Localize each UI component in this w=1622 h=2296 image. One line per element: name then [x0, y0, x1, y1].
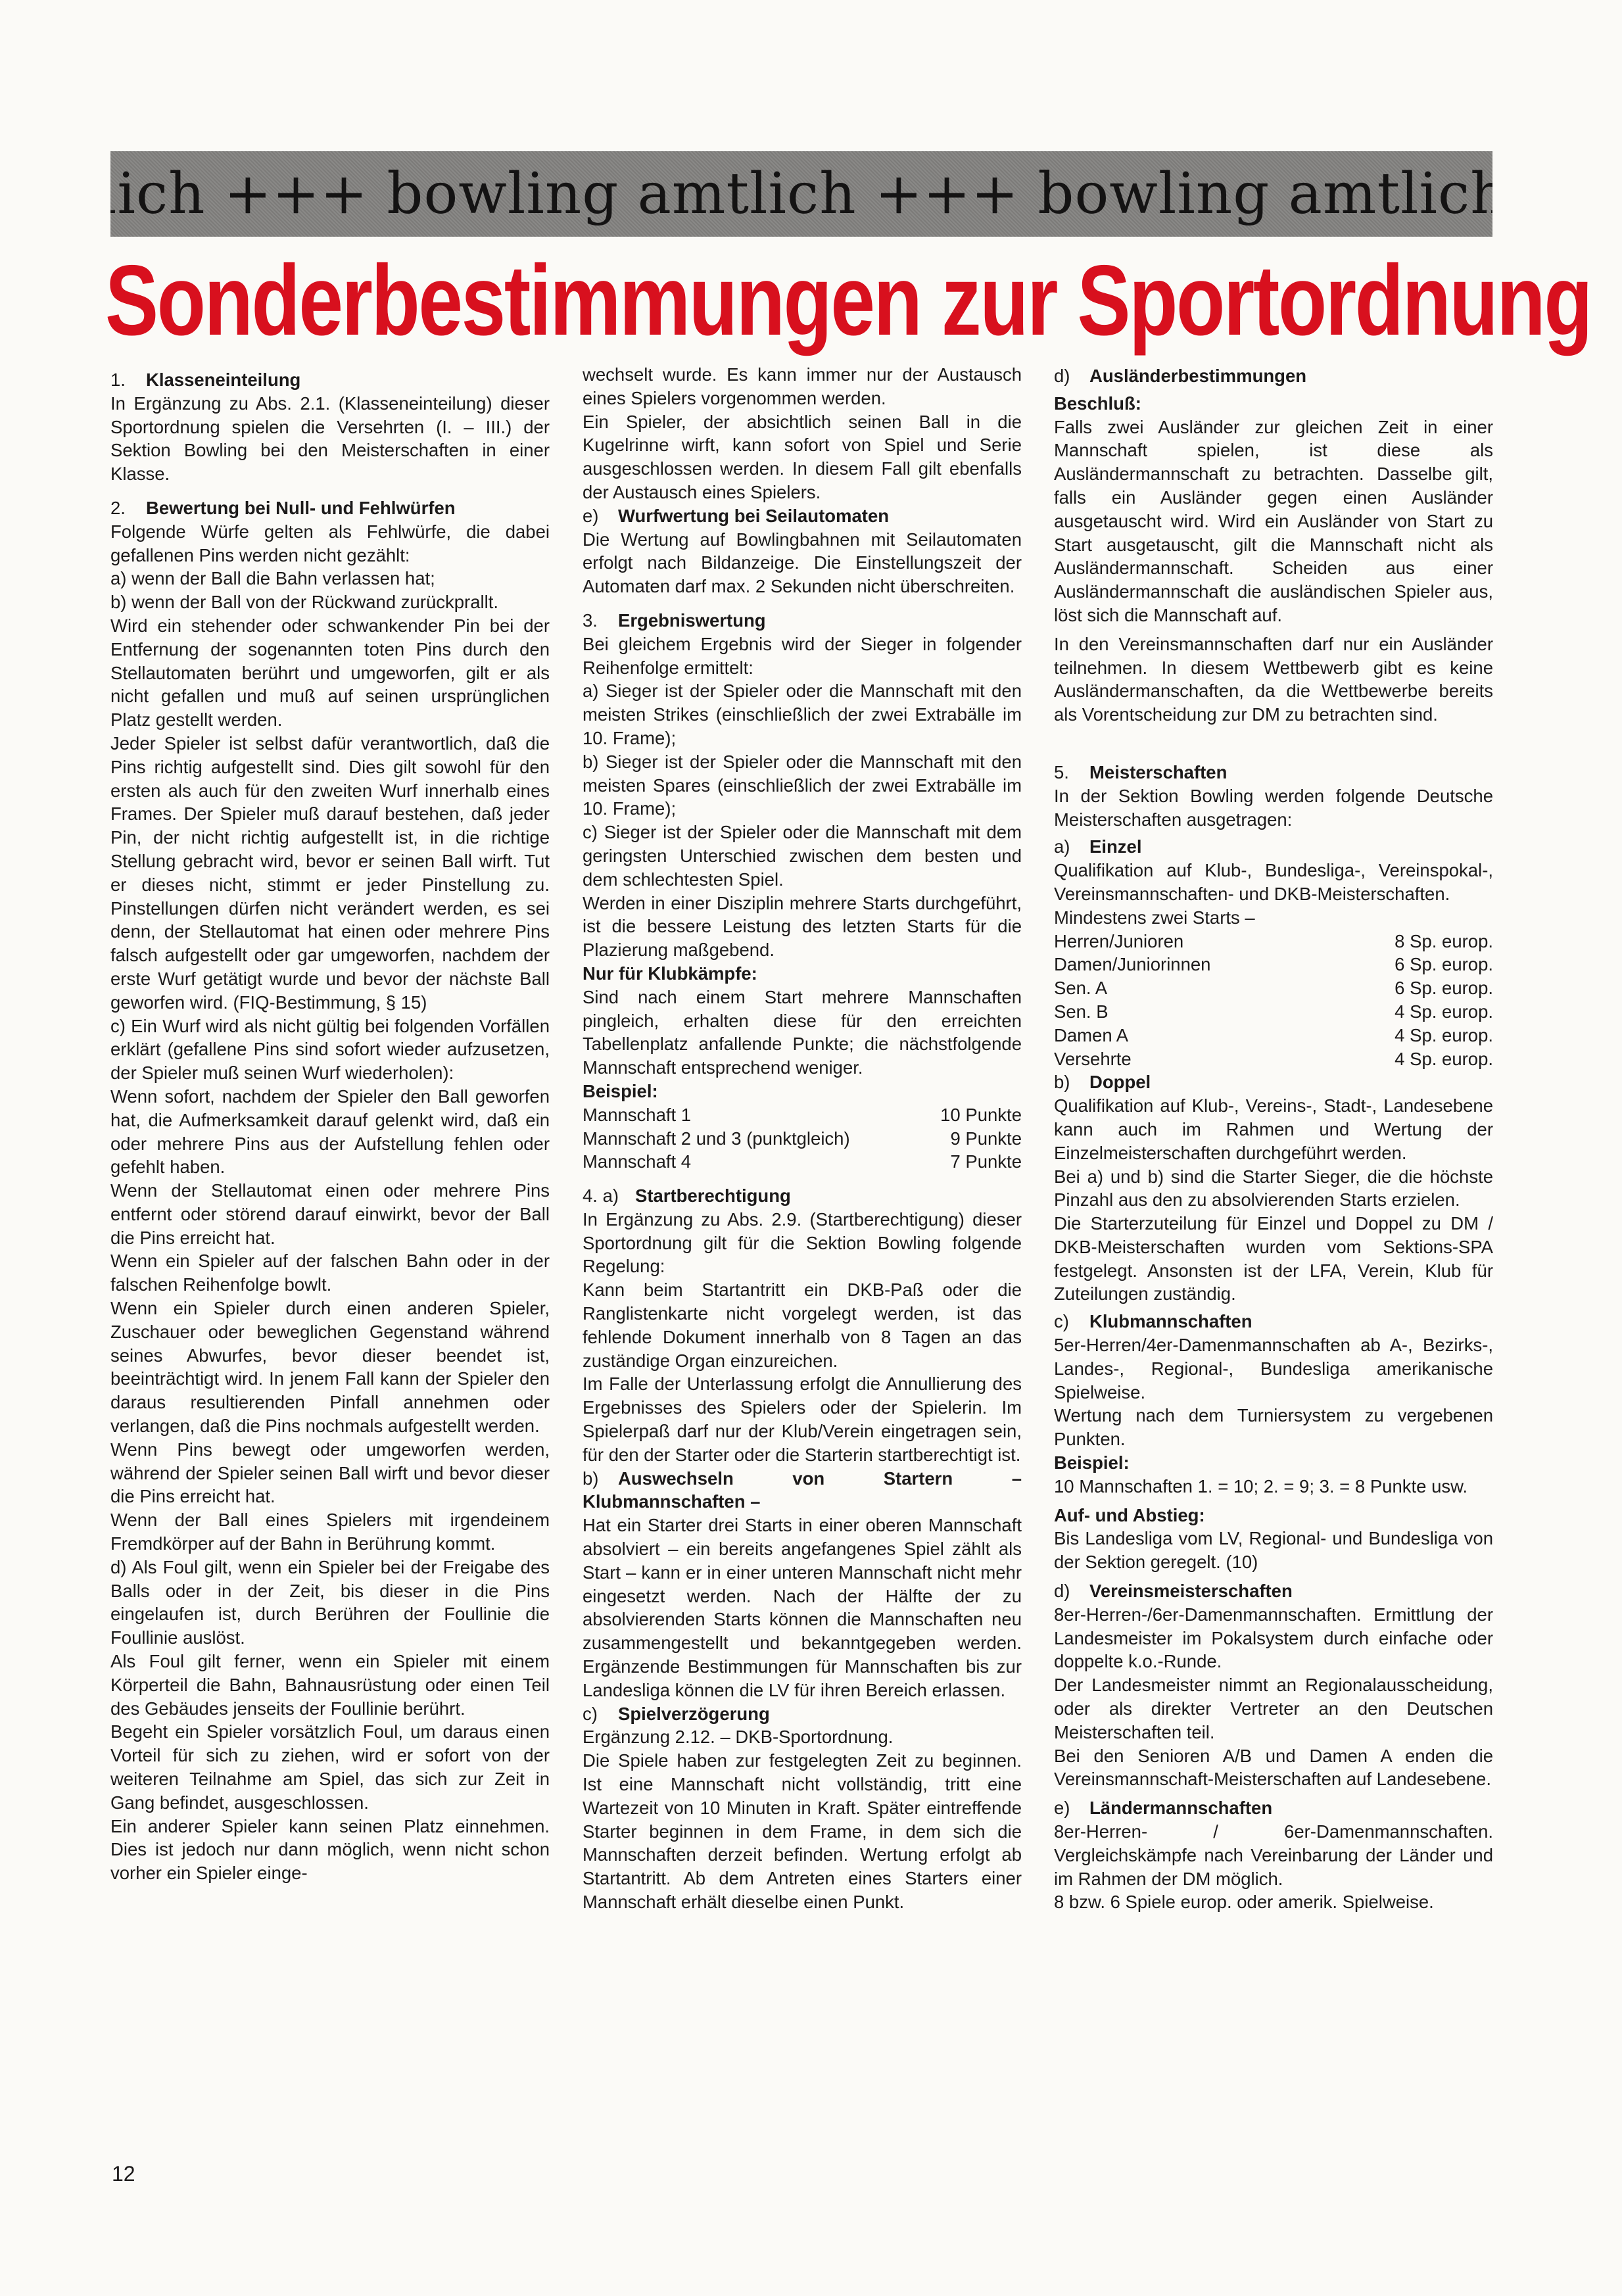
subsection-heading-dd: d)Vereinsmeisterschaften — [1054, 1579, 1493, 1603]
games: 4 Sp. europ. — [1395, 1024, 1493, 1047]
subsection-letter: d) — [1054, 1579, 1089, 1603]
section-number: 2. — [110, 496, 146, 520]
games: 6 Sp. europ. — [1395, 976, 1493, 1000]
games: 4 Sp. europ. — [1395, 1000, 1493, 1024]
subsection-letter: e) — [1054, 1796, 1089, 1820]
subsection-letter: e) — [583, 504, 618, 528]
subsection-letter: d) — [1054, 364, 1089, 388]
paragraph: Folgende Würfe gelten als Fehlwürfe, die… — [110, 520, 550, 567]
list-item: a) wenn der Ball die Bahn verlassen hat; — [110, 567, 550, 590]
paragraph: In Ergänzung zu Abs. 2.9. (Startberechti… — [583, 1208, 1022, 1278]
subsection-heading-d: d)Ausländerbestimmungen — [1054, 364, 1493, 388]
section-title: Startberechtigung — [635, 1185, 791, 1206]
subsection-heading-c: c)Klubmannschaften — [1054, 1310, 1493, 1333]
table-row: Sen. A 6 Sp. europ. — [1054, 976, 1493, 1000]
section-title: Meisterschaften — [1089, 762, 1227, 782]
table-row: Versehrte 4 Sp. europ. — [1054, 1047, 1493, 1071]
section-number: 4. a) — [583, 1184, 635, 1208]
table-row: Mannschaft 4 7 Punkte — [583, 1150, 1022, 1174]
paragraph: In der Sektion Bowling werden folgende D… — [1054, 784, 1493, 832]
subsection-title: Ländermannschaften — [1089, 1798, 1272, 1818]
paragraph: 8 bzw. 6 Spiele europ. oder amerik. Spie… — [1054, 1890, 1493, 1914]
section-number: 1. — [110, 368, 146, 392]
banner-text: lich +++ bowling amtlich +++ bowling amt… — [110, 155, 1492, 233]
category: Herren/Junioren — [1054, 930, 1183, 953]
paragraph: Ergänzung 2.12. – DKB-Sportordnung. — [583, 1725, 1022, 1749]
subsection-title: Vereinsmeisterschaften — [1089, 1581, 1293, 1601]
paragraph: 5er-Herren/4er-Damenmannschaften ab A-, … — [1054, 1333, 1493, 1404]
paragraph: Wenn Pins bewegt oder umgeworfen werden,… — [110, 1438, 550, 1508]
subsection-heading-a: a)Einzel — [1054, 835, 1493, 859]
paragraph: Wird ein stehender oder schwankender Pin… — [110, 614, 550, 732]
subsection-letter: a) — [1054, 835, 1089, 859]
paragraph: Der Landesmeister nimmt an Regionalaussc… — [1054, 1673, 1493, 1744]
table-row: Damen A 4 Sp. europ. — [1054, 1024, 1493, 1047]
example-table: Mannschaft 1 10 Punkte Mannschaft 2 und … — [583, 1103, 1022, 1174]
subheading-beispiel: Beispiel: — [583, 1080, 1022, 1103]
category: Sen. B — [1054, 1000, 1109, 1024]
paragraph: Im Falle der Unterlassung erfolgt die An… — [583, 1372, 1022, 1466]
games: 4 Sp. europ. — [1395, 1047, 1493, 1071]
list-item: c) Sieger ist der Spieler oder die Manns… — [583, 821, 1022, 891]
category: Damen/Juniorinnen — [1054, 953, 1210, 976]
table-row: Mannschaft 2 und 3 (punktgleich) 9 Punkt… — [583, 1127, 1022, 1151]
paragraph: Kann beim Startantritt ein DKB-Paß oder … — [583, 1278, 1022, 1372]
subsection-title: Klubmannschaften — [1089, 1311, 1252, 1331]
section-title: Ergebniswertung — [618, 610, 766, 631]
subsection-title: Auswechseln von Startern – Klubmannschaf… — [583, 1468, 1022, 1512]
paragraph: Die Starterzuteilung für Einzel und Dopp… — [1054, 1212, 1493, 1306]
section-heading-4a: 4. a)Startberechtigung — [583, 1184, 1022, 1208]
paragraph: Die Wertung auf Bowlingbahnen mit Seilau… — [583, 528, 1022, 598]
team-name: Mannschaft 1 — [583, 1103, 691, 1127]
section-heading-1: 1.Klasseneinteilung — [110, 368, 550, 392]
table-row: Damen/Juniorinnen 6 Sp. europ. — [1054, 953, 1493, 976]
paragraph: Wertung nach dem Turniersystem zu vergeb… — [1054, 1404, 1493, 1451]
subsection-letter: b) — [1054, 1070, 1089, 1094]
paragraph: Sind nach einem Start mehrere Mannschaft… — [583, 986, 1022, 1080]
subsection-heading-4c: c)Spielverzögerung — [583, 1702, 1022, 1726]
team-points: 7 Punkte — [950, 1150, 1022, 1174]
list-item: c) Ein Wurf wird als nicht gültig bei fo… — [110, 1015, 550, 1085]
paragraph: Wenn der Stellautomat einen oder mehrere… — [110, 1179, 550, 1249]
paragraph: Jeder Spieler ist selbst dafür verantwor… — [110, 732, 550, 1015]
subheading-klubkaempfe: Nur für Klubkämpfe: — [583, 962, 1022, 986]
paragraph: Ein Spieler, der absichtlich seinen Ball… — [583, 410, 1022, 504]
subheading-beispiel: Beispiel: — [1054, 1451, 1493, 1475]
subsection-heading-b: b)Doppel — [1054, 1070, 1493, 1094]
paragraph: 8er-Herren-/6er-Damenmannschaften. Ermit… — [1054, 1603, 1493, 1673]
section-number: 3. — [583, 609, 618, 633]
paragraph: In Ergänzung zu Abs. 2.1. (Klasseneintei… — [110, 392, 550, 486]
list-item: b) wenn der Ball von der Rückwand zurück… — [110, 590, 550, 614]
paragraph: Mindestens zwei Starts – — [1054, 906, 1493, 930]
paragraph: 10 Mannschaften 1. = 10; 2. = 9; 3. = 8 … — [1054, 1475, 1493, 1498]
paragraph: 8er-Herren- / 6er-Damenmannschaften. Ver… — [1054, 1820, 1493, 1890]
subsection-letter: b) — [583, 1467, 618, 1491]
paragraph: Falls zwei Ausländer zur gleichen Zeit i… — [1054, 416, 1493, 627]
paragraph: Wenn ein Spieler durch einen anderen Spi… — [110, 1297, 550, 1438]
paragraph: Wenn sofort, nachdem der Spieler den Bal… — [110, 1085, 550, 1179]
category: Versehrte — [1054, 1047, 1132, 1071]
subsection-title: Wurfwertung bei Seilautomaten — [618, 506, 889, 526]
column-right: d)Ausländerbestimmungen Beschluß: Falls … — [1054, 364, 1493, 1914]
paragraph: Wenn der Ball eines Spielers mit irgende… — [110, 1508, 550, 1556]
team-name: Mannschaft 4 — [583, 1150, 691, 1174]
section-heading-5: 5.Meisterschaften — [1054, 761, 1493, 784]
subsection-letter: c) — [583, 1702, 618, 1726]
paragraph: Wenn ein Spieler auf der falschen Bahn o… — [110, 1249, 550, 1297]
section-banner: lich +++ bowling amtlich +++ bowling amt… — [110, 151, 1492, 237]
paragraph: In den Vereinsmannschaften darf nur ein … — [1054, 633, 1493, 727]
page-title: Sonderbestimmungen zur Sportordnung — [105, 245, 1220, 356]
paragraph: Bis Landesliga vom LV, Regional- und Bun… — [1054, 1527, 1493, 1574]
subsection-heading-e: e)Wurfwertung bei Seilautomaten — [583, 504, 1022, 528]
category: Sen. A — [1054, 976, 1107, 1000]
section-title: Klasseneinteilung — [146, 370, 300, 390]
list-item: b) Sieger ist der Spieler oder die Manns… — [583, 750, 1022, 821]
column-middle: wechselt wurde. Es kann immer nur der Au… — [583, 363, 1022, 1914]
paragraph: Qualifikation auf Klub-, Vereins-, Stadt… — [1054, 1094, 1493, 1164]
subsection-heading-e: e)Ländermannschaften — [1054, 1796, 1493, 1820]
paragraph: Qualifikation auf Klub-, Bundesliga-, Ve… — [1054, 859, 1493, 906]
list-item: d) Als Foul gilt, wenn ein Spieler bei d… — [110, 1556, 550, 1650]
table-row: Herren/Junioren 8 Sp. europ. — [1054, 930, 1493, 953]
paragraph: Hat ein Starter drei Starts in einer obe… — [583, 1514, 1022, 1702]
section-title: Bewertung bei Null- und Fehlwürfen — [146, 498, 456, 518]
paragraph: Als Foul gilt ferner, wenn ein Spieler m… — [110, 1650, 550, 1720]
table-row: Sen. B 4 Sp. europ. — [1054, 1000, 1493, 1024]
section-number: 5. — [1054, 761, 1089, 784]
paragraph: Werden in einer Disziplin mehrere Starts… — [583, 892, 1022, 962]
subsection-title: Doppel — [1089, 1072, 1151, 1092]
games: 6 Sp. europ. — [1395, 953, 1493, 976]
subsection-heading-4b: b)Auswechseln von Startern – Klubmannsch… — [583, 1467, 1022, 1514]
page-number: 12 — [112, 2162, 135, 2186]
paragraph: wechselt wurde. Es kann immer nur der Au… — [583, 363, 1022, 410]
column-left: 1.Klasseneinteilung In Ergänzung zu Abs.… — [110, 368, 550, 1885]
paragraph: Ein anderer Spieler kann seinen Platz ei… — [110, 1815, 550, 1885]
paragraph: Bei den Senioren A/B und Damen A enden d… — [1054, 1744, 1493, 1792]
subsection-title: Einzel — [1089, 836, 1141, 857]
list-item: a) Sieger ist der Spieler oder die Manns… — [583, 679, 1022, 750]
section-heading-2: 2.Bewertung bei Null- und Fehlwürfen — [110, 496, 550, 520]
paragraph: Bei a) und b) sind die Starter Sieger, d… — [1054, 1165, 1493, 1212]
subheading-auf-abstieg: Auf- und Abstieg: — [1054, 1504, 1493, 1527]
paragraph: Die Spiele haben zur festgelegten Zeit z… — [583, 1749, 1022, 1914]
games: 8 Sp. europ. — [1395, 930, 1493, 953]
subsection-letter: c) — [1054, 1310, 1089, 1333]
subsection-title: Ausländerbestimmungen — [1089, 366, 1306, 386]
table-row: Mannschaft 1 10 Punkte — [583, 1103, 1022, 1127]
team-points: 9 Punkte — [950, 1127, 1022, 1151]
team-points: 10 Punkte — [940, 1103, 1022, 1127]
games-table: Herren/Junioren 8 Sp. europ. Damen/Junio… — [1054, 930, 1493, 1071]
team-name: Mannschaft 2 und 3 (punktgleich) — [583, 1127, 850, 1151]
category: Damen A — [1054, 1024, 1128, 1047]
paragraph: Bei gleichem Ergebnis wird der Sieger in… — [583, 633, 1022, 680]
section-heading-3: 3.Ergebniswertung — [583, 609, 1022, 633]
subsection-title: Spielverzögerung — [618, 1704, 770, 1724]
subheading-beschluss: Beschluß: — [1054, 392, 1493, 416]
paragraph: Begeht ein Spieler vorsätzlich Foul, um … — [110, 1720, 550, 1814]
